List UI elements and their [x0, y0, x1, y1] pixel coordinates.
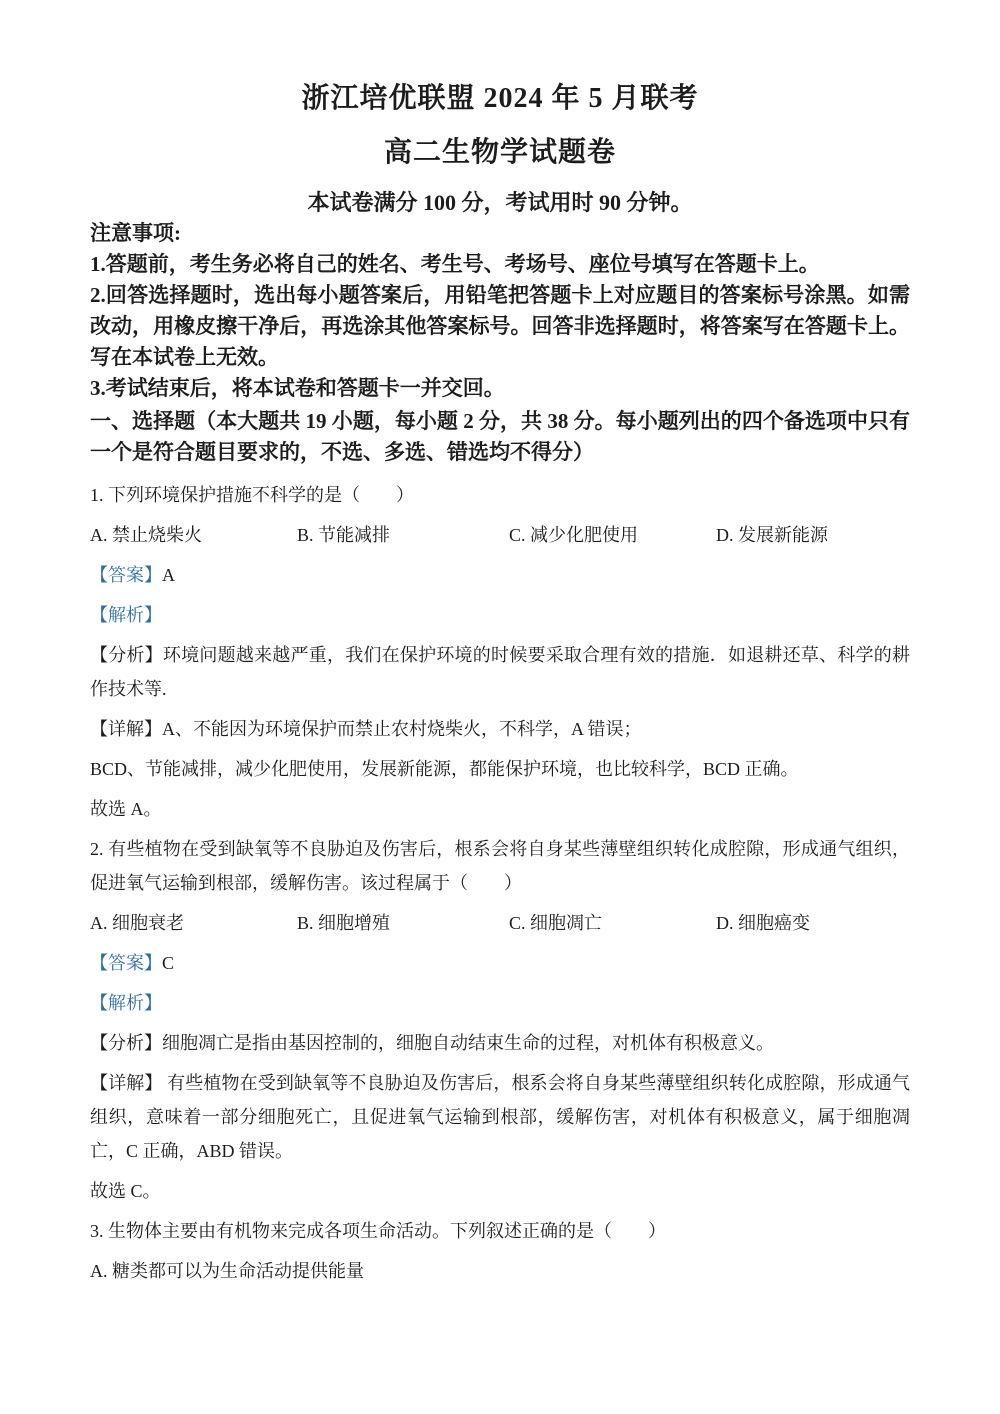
question-1-answer-value: A — [162, 565, 175, 585]
paper-name: 高二生物学试题卷 — [90, 136, 910, 170]
question-2: 2. 有些植物在受到缺氧等不良胁迫及伤害后，根系会将自身某些薄壁组织转化成腔隙，… — [90, 832, 910, 1208]
question-1-option-c: C. 减少化肥使用 — [509, 518, 716, 552]
question-2-option-c: C. 细胞凋亡 — [509, 906, 716, 940]
question-1-answer-row: 【答案】A — [90, 558, 910, 592]
question-1-option-b: B. 节能减排 — [297, 518, 509, 552]
notice-item-1: 1.答题前，考生务必将自己的姓名、考生号、考场号、座位号填写在答题卡上。 — [90, 249, 910, 280]
detail-label: 【详解】 — [90, 719, 162, 739]
section-heading: 一、选择题（本大题共 19 小题，每小题 2 分，共 38 分。每小题列出的四个… — [90, 406, 910, 468]
question-1-stem: 1. 下列环境保护措施不科学的是（ ） — [90, 478, 910, 512]
question-2-analysis: 【分析】细胞凋亡是指由基因控制的，细胞自动结束生命的过程，对机体有积极意义。 — [90, 1026, 910, 1060]
detail-label: 【详解】 — [90, 1073, 163, 1093]
question-2-analysis-text: 细胞凋亡是指由基因控制的，细胞自动结束生命的过程，对机体有积极意义。 — [162, 1033, 774, 1053]
notice-block: 注意事项: 1.答题前，考生务必将自己的姓名、考生号、考场号、座位号填写在答题卡… — [90, 218, 910, 404]
question-1-conclusion: 故选 A。 — [90, 792, 910, 826]
question-1-options: A. 禁止烧柴火 B. 节能减排 C. 减少化肥使用 D. 发展新能源 — [90, 518, 910, 552]
question-1-detail-2: BCD、节能减排，减少化肥使用，发展新能源，都能保护环境，也比较科学，BCD 正… — [90, 752, 910, 786]
analysis-label: 【分析】 — [90, 1033, 162, 1053]
question-1-explanation-row: 【解析】 — [90, 598, 910, 632]
question-2-detail-1-text: 有些植物在受到缺氧等不良胁迫及伤害后，根系会将自身某些薄壁组织转化成腔隙，形成通… — [90, 1073, 910, 1161]
explanation-label: 【解析】 — [90, 605, 162, 625]
question-2-answer-value: C — [162, 953, 174, 973]
question-1-analysis: 【分析】环境问题越来越严重，我们在保护环境的时候要采取合理有效的措施．如退耕还草… — [90, 638, 910, 706]
question-3-stem: 3. 生物体主要由有机物来完成各项生命活动。下列叙述正确的是（ ） — [90, 1214, 910, 1248]
question-2-option-a: A. 细胞衰老 — [90, 906, 297, 940]
question-2-conclusion: 故选 C。 — [90, 1174, 910, 1208]
question-2-explanation-row: 【解析】 — [90, 986, 910, 1020]
question-2-detail-1: 【详解】 有些植物在受到缺氧等不良胁迫及伤害后，根系会将自身某些薄壁组织转化成腔… — [90, 1066, 910, 1168]
question-2-options: A. 细胞衰老 B. 细胞增殖 C. 细胞凋亡 D. 细胞癌变 — [90, 906, 910, 940]
question-3-option-a: A. 糖类都可以为生命活动提供能量 — [90, 1254, 910, 1288]
exam-title: 浙江培优联盟 2024 年 5 月联考 — [90, 82, 910, 116]
question-1-option-a: A. 禁止烧柴火 — [90, 518, 297, 552]
notice-item-2: 2.回答选择题时，选出每小题答案后，用铅笔把答题卡上对应题目的答案标号涂黑。如需… — [90, 280, 910, 373]
notice-item-3: 3.考试结束后，将本试卷和答题卡一并交回。 — [90, 373, 910, 404]
notice-heading: 注意事项: — [90, 218, 910, 249]
answer-label: 【答案】 — [90, 953, 162, 973]
question-2-option-b: B. 细胞增殖 — [297, 906, 509, 940]
question-1-detail-1: 【详解】A、不能因为环境保护而禁止农村烧柴火，不科学，A 错误； — [90, 712, 910, 746]
question-2-option-d: D. 细胞癌变 — [716, 906, 910, 940]
question-2-stem: 2. 有些植物在受到缺氧等不良胁迫及伤害后，根系会将自身某些薄壁组织转化成腔隙，… — [90, 832, 910, 900]
answer-label: 【答案】 — [90, 565, 162, 585]
question-3: 3. 生物体主要由有机物来完成各项生命活动。下列叙述正确的是（ ） A. 糖类都… — [90, 1214, 910, 1288]
exam-paper-page: 浙江培优联盟 2024 年 5 月联考 高二生物学试题卷 本试卷满分 100 分… — [0, 0, 1000, 1414]
question-2-answer-row: 【答案】C — [90, 946, 910, 980]
question-1: 1. 下列环境保护措施不科学的是（ ） A. 禁止烧柴火 B. 节能减排 C. … — [90, 478, 910, 826]
question-1-analysis-text: 环境问题越来越严重，我们在保护环境的时候要采取合理有效的措施．如退耕还草、科学的… — [90, 645, 910, 699]
explanation-label: 【解析】 — [90, 993, 162, 1013]
question-1-detail-1-text: A、不能因为环境保护而禁止农村烧柴火，不科学，A 错误； — [162, 719, 642, 739]
analysis-label: 【分析】 — [90, 645, 163, 665]
question-1-option-d: D. 发展新能源 — [716, 518, 910, 552]
exam-subtitle: 本试卷满分 100 分，考试用时 90 分钟。 — [90, 188, 910, 218]
